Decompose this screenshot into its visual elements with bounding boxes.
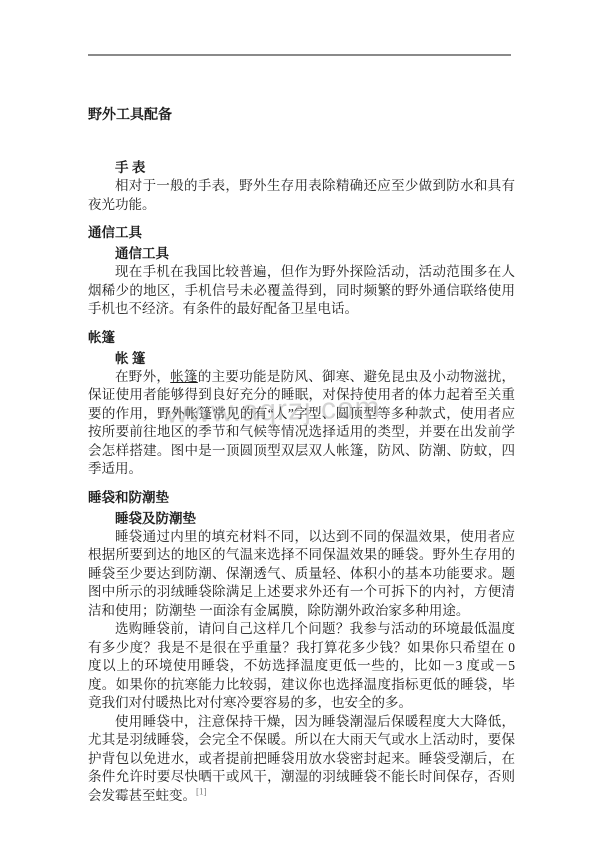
paragraph-text: 使用睡袋中，注意保持干燥，因为睡袋潮湿后保暖程度大大降低，尤其是羽绒睡袋，会完全… (88, 714, 515, 803)
page-title: 野外工具配备 (88, 106, 511, 125)
paragraph: 现在手机在我国比较普遍，但作为野外探险活动，活动范围多在人烟稀少的地区，手机信号… (88, 263, 515, 319)
section-tent: 帐篷 帐 篷 在野外，帐篷的主要功能是防风、御寒、避免昆虫及小动物滋扰，保证使用… (0, 328, 600, 479)
document-page: www.aqrzj.com 野外工具配备 手 表 相对于一般的手表，野外生存用表… (0, 0, 600, 849)
sub-heading-tent: 帐 篷 (115, 349, 511, 368)
sub-heading-communication: 通信工具 (115, 244, 511, 263)
section-heading-sleeping-bag: 睡袋和防潮垫 (88, 488, 511, 507)
section-heading-communication: 通信工具 (88, 223, 511, 242)
paragraph: 在野外，帐篷的主要功能是防风、御寒、避免昆虫及小动物滋扰，保证使用者能够得到良好… (88, 368, 515, 479)
header-rule (88, 54, 511, 56)
paragraph-text: 在野外， (115, 369, 170, 384)
paragraph: 相对于一般的手表，野外生存用表除精确还应至少做到防水和具有夜光功能。 (88, 177, 515, 214)
section-heading-tent: 帐篷 (88, 328, 511, 347)
sub-heading-sleeping-bag: 睡袋及防潮垫 (115, 509, 511, 528)
section-sleeping-bag: 睡袋和防潮垫 睡袋及防潮垫 睡袋通过内里的填充材料不同，以达到不同的保温效果，使… (0, 488, 600, 806)
paragraph: 选购睡袋前，请问自己这样几个问题？我参与活动的环境最低温度有多少度？我是不是很在… (88, 620, 515, 713)
sub-heading-watch: 手 表 (115, 158, 511, 177)
footnote-reference: [1] (196, 786, 207, 796)
section-watch: 手 表 相对于一般的手表，野外生存用表除精确还应至少做到防水和具有夜光功能。 (0, 158, 600, 214)
section-communication: 通信工具 通信工具 现在手机在我国比较普遍，但作为野外探险活动，活动范围多在人烟… (0, 223, 600, 319)
underlined-term: 帐篷 (170, 369, 198, 384)
paragraph: 睡袋通过内里的填充材料不同，以达到不同的保温效果，使用者应根据所要到达的地区的气… (88, 528, 515, 621)
paragraph-text: 的主要功能是防风、御寒、避免昆虫及小动物滋扰，保证使用者能够得到良好充分的睡眠，… (88, 369, 515, 477)
paragraph: 使用睡袋中，注意保持干燥，因为睡袋潮湿后保暖程度大大降低，尤其是羽绒睡袋，会完全… (88, 713, 515, 806)
